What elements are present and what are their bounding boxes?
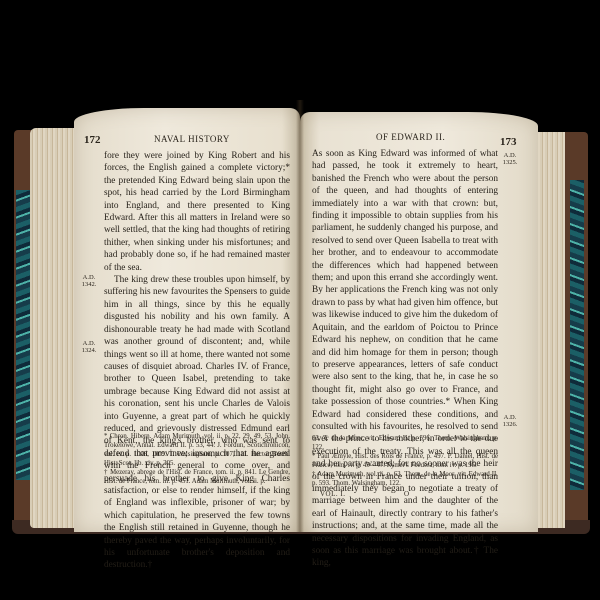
right-page: OF EDWARD II. 173 A.D. 1325. A.D. 1326. … <box>300 112 538 532</box>
margin-date: A.D. 1326. <box>498 414 522 428</box>
page-number: 173 <box>500 136 517 148</box>
footnote: 63. T. de la Moor, vit. Edward II. p. 59… <box>312 434 498 452</box>
margin-date-year: 1342. <box>78 281 100 288</box>
footnotes: 63. T. de la Moor, vit. Edward II. p. 59… <box>312 434 498 488</box>
margin-date: A.D. 1324. <box>78 340 100 354</box>
margin-date: A.D. 1325. <box>498 152 522 166</box>
footnote: † Adam Murimuth, vol. ii. p. 63. Thom. d… <box>312 470 498 488</box>
book-photo: 172 NAVAL HISTORY A.D. 1342. A.D. 1324. … <box>0 0 600 600</box>
body-text: As soon as King Edward was informed of w… <box>312 148 498 570</box>
margin-date-label: A.D. <box>498 152 522 159</box>
footnotes: * Chron. Hibern. Adam Murimuth, vol. ii.… <box>104 432 290 486</box>
margin-date-label: A.D. <box>78 274 100 281</box>
running-head: OF EDWARD II. <box>376 132 445 142</box>
marbled-board-right <box>570 180 584 490</box>
margin-date-label: A.D. <box>78 340 100 347</box>
running-head: NAVAL HISTORY <box>154 134 230 144</box>
body-text: fore they were joined by King Robert and… <box>104 150 290 572</box>
footnote: † Mezeray, abrege de l'Hist. de France, … <box>104 468 290 486</box>
page-number: 172 <box>84 134 101 146</box>
signature-mark: O <box>404 490 410 498</box>
page-edges-right <box>535 132 565 528</box>
margin-date-label: A.D. <box>498 414 522 421</box>
page-edges-left <box>30 128 76 528</box>
footnote: * Chron. Hibern. Adam Murimuth, vol. ii.… <box>104 432 290 468</box>
paragraph: As soon as King Edward was informed of w… <box>312 148 498 570</box>
marbled-board-left <box>16 190 30 480</box>
paragraph: The king drew these troubles upon himsel… <box>104 274 290 572</box>
paragraph: fore they were joined by King Robert and… <box>104 150 290 274</box>
margin-date-year: 1325. <box>498 159 522 166</box>
footnote: * Paul Æmyle, Hist. des Rois de France, … <box>312 452 498 470</box>
signature-volume: VOL. I. <box>320 490 345 498</box>
margin-date-year: 1326. <box>498 421 522 428</box>
margin-date-year: 1324. <box>78 347 100 354</box>
left-page: 172 NAVAL HISTORY A.D. 1342. A.D. 1324. … <box>74 108 300 532</box>
margin-date: A.D. 1342. <box>78 274 100 288</box>
book-gutter <box>296 100 304 532</box>
